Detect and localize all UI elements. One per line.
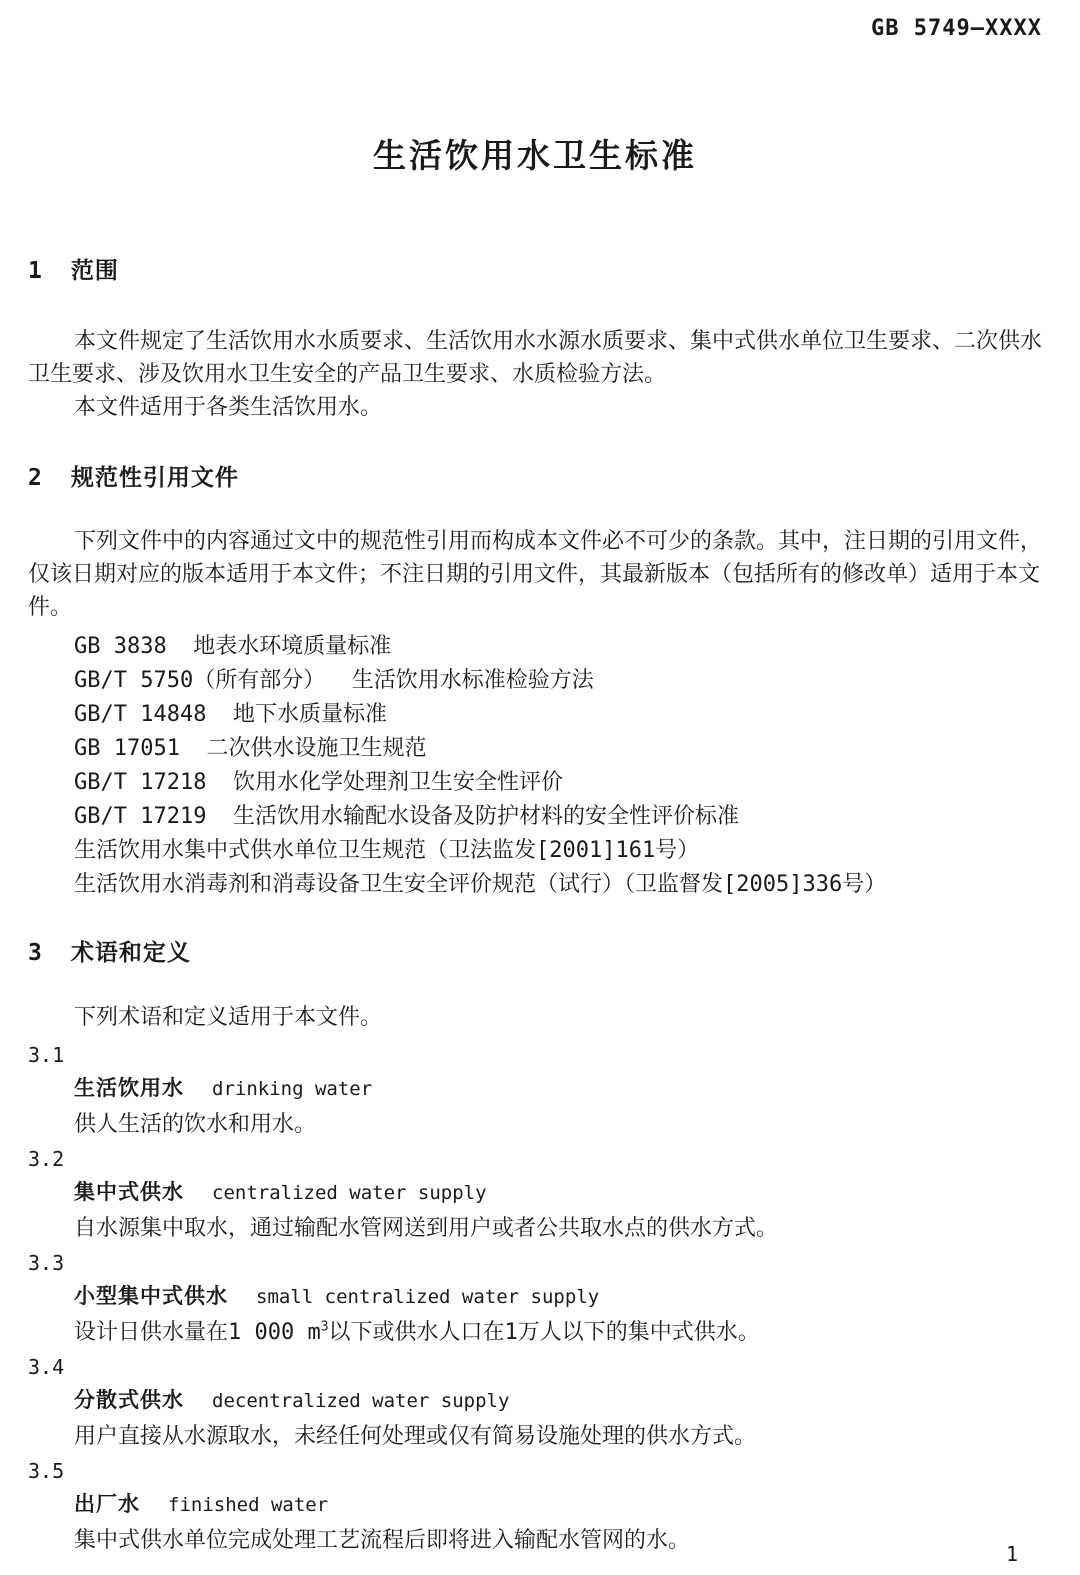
reference-item: GB/T 14848 地下水质量标准	[74, 698, 1042, 732]
page-number: 1	[1006, 1542, 1018, 1566]
clause-number: 3.3	[28, 1246, 1042, 1280]
document-title: 生活饮用水卫生标准	[28, 137, 1042, 175]
term-english: drinking water	[212, 1078, 372, 1100]
term-block-3-4: 3.4 分散式供水decentralized water supply 用户直接…	[28, 1350, 1042, 1454]
section-1-heading: 1范围	[28, 258, 1042, 283]
term-block-3-3: 3.3 小型集中式供水small centralized water suppl…	[28, 1246, 1042, 1350]
term-definition: 用户直接从水源取水，未经任何处理或仅有简易设施处理的供水方式。	[28, 1420, 1042, 1454]
section-2-number: 2	[28, 465, 43, 491]
term-chinese: 生活饮用水	[74, 1077, 184, 1100]
clause-number: 3.4	[28, 1350, 1042, 1384]
reference-item: GB/T 17218 饮用水化学处理剂卫生安全性评价	[74, 766, 1042, 800]
term-line: 生活饮用水drinking water	[28, 1072, 1042, 1108]
definition-text-after-superscript: 以下或供水人口在1万人以下的集中式供水。	[329, 1320, 760, 1345]
clause-number: 3.5	[28, 1454, 1042, 1488]
section-3-intro: 下列术语和定义适用于本文件。	[28, 1001, 1042, 1034]
reference-item: 生活饮用水集中式供水单位卫生规范（卫法监发[2001]161号）	[74, 834, 1042, 868]
section-3-title: 术语和定义	[71, 939, 191, 965]
term-definition: 自水源集中取水，通过输配水管网送到用户或者公共取水点的供水方式。	[28, 1212, 1042, 1246]
clause-number: 3.1	[28, 1038, 1042, 1072]
clause-number: 3.2	[28, 1142, 1042, 1176]
reference-item: GB/T 17219 生活饮用水输配水设备及防护材料的安全性评价标准	[74, 800, 1042, 834]
reference-item: GB/T 5750（所有部分） 生活饮用水标准检验方法	[74, 664, 1042, 698]
term-line: 分散式供水decentralized water supply	[28, 1384, 1042, 1420]
section-2-heading: 2规范性引用文件	[28, 465, 1042, 490]
term-chinese: 小型集中式供水	[74, 1285, 228, 1308]
definition-text-before-superscript: 设计日供水量在1 000 m	[74, 1320, 321, 1345]
term-english: small centralized water supply	[256, 1286, 599, 1308]
term-english: decentralized water supply	[212, 1390, 509, 1412]
term-line: 小型集中式供水small centralized water supply	[28, 1280, 1042, 1316]
term-definition: 供人生活的饮水和用水。	[28, 1108, 1042, 1142]
term-definition: 设计日供水量在1 000 m3以下或供水人口在1万人以下的集中式供水。	[28, 1316, 1042, 1350]
reference-item: GB 17051 二次供水设施卫生规范	[74, 732, 1042, 766]
standard-code: GB 5749—XXXX	[28, 16, 1042, 42]
term-block-3-2: 3.2 集中式供水centralized water supply 自水源集中取…	[28, 1142, 1042, 1246]
document-page: GB 5749—XXXX 生活饮用水卫生标准 1范围 本文件规定了生活饮用水水质…	[0, 0, 1080, 1575]
section-2-intro: 下列文件中的内容通过文中的规范性引用而构成本文件必不可少的条款。其中，注日期的引…	[28, 525, 1042, 624]
section-3-number: 3	[28, 940, 43, 966]
section-1-paragraph-2: 本文件适用于各类生活饮用水。	[28, 391, 1042, 424]
term-line: 出厂水finished water	[28, 1488, 1042, 1524]
reference-item: GB 3838 地表水环境质量标准	[74, 630, 1042, 664]
term-block-3-5: 3.5 出厂水finished water 集中式供水单位完成处理工艺流程后即将…	[28, 1454, 1042, 1558]
term-chinese: 集中式供水	[74, 1181, 184, 1204]
terms-and-definitions: 3.1 生活饮用水drinking water 供人生活的饮水和用水。 3.2 …	[28, 1038, 1042, 1558]
superscript-cubic: 3	[321, 1320, 329, 1335]
term-chinese: 出厂水	[74, 1493, 140, 1516]
term-block-3-1: 3.1 生活饮用水drinking water 供人生活的饮水和用水。	[28, 1038, 1042, 1142]
section-3-heading: 3术语和定义	[28, 940, 1042, 965]
section-1-body: 本文件规定了生活饮用水水质要求、生活饮用水水源水质要求、集中式供水单位卫生要求、…	[28, 325, 1042, 424]
section-2-title: 规范性引用文件	[71, 464, 239, 490]
term-line: 集中式供水centralized water supply	[28, 1176, 1042, 1212]
term-english: finished water	[168, 1494, 328, 1516]
normative-reference-list: GB 3838 地表水环境质量标准 GB/T 5750（所有部分） 生活饮用水标…	[28, 630, 1042, 902]
section-1-title: 范围	[71, 257, 119, 283]
reference-item: 生活饮用水消毒剂和消毒设备卫生安全评价规范（试行）（卫监督发[2005]336号…	[74, 868, 1042, 902]
term-definition: 集中式供水单位完成处理工艺流程后即将进入输配水管网的水。	[28, 1524, 1042, 1558]
term-chinese: 分散式供水	[74, 1389, 184, 1412]
term-english: centralized water supply	[212, 1182, 487, 1204]
section-1-paragraph-1: 本文件规定了生活饮用水水质要求、生活饮用水水源水质要求、集中式供水单位卫生要求、…	[28, 325, 1042, 391]
section-1-number: 1	[28, 258, 43, 284]
